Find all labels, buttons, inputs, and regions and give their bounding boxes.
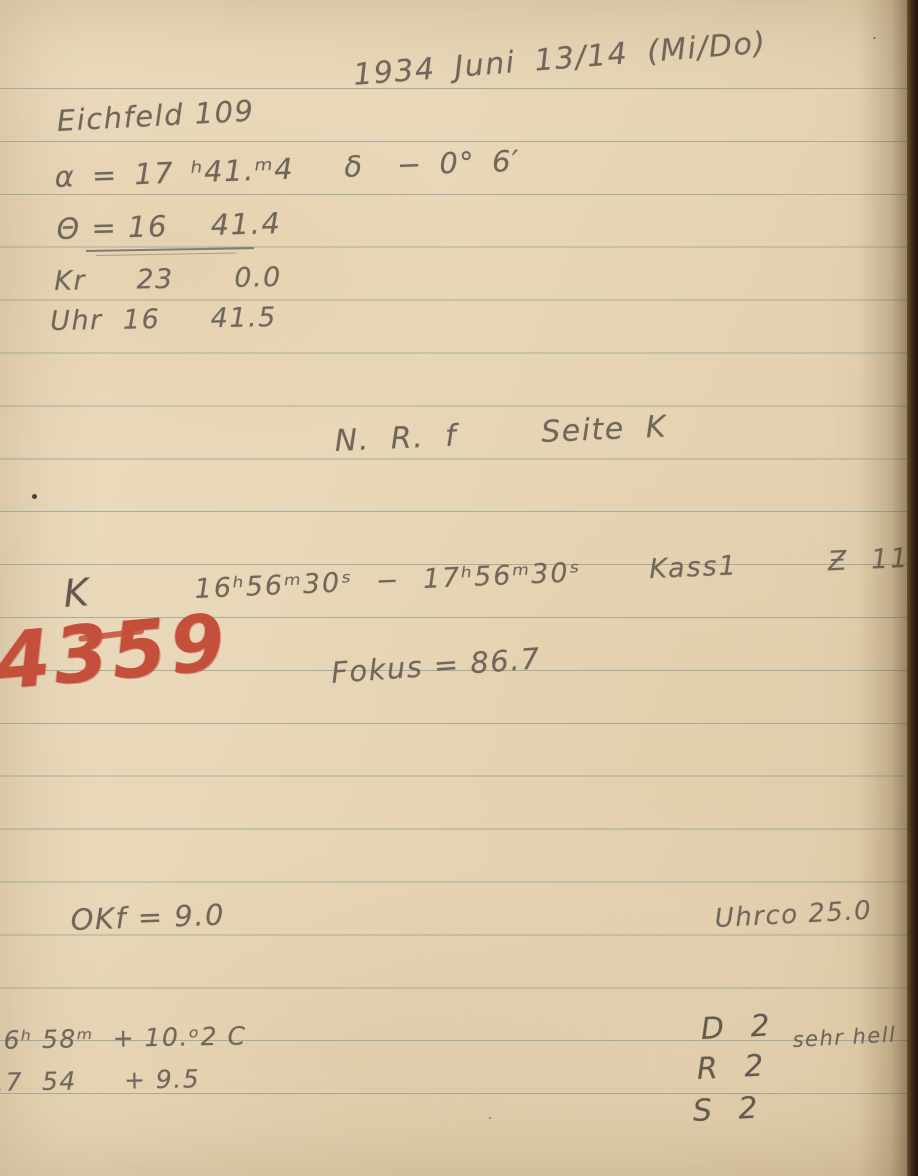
- target-uhr: Uhr 16 41.5: [50, 302, 277, 337]
- target-theta: Θ = 16 41.4: [56, 206, 282, 246]
- target-alpha-delta: α = 17 ʰ41.ᵐ4 δ − 0° 6′: [54, 144, 521, 194]
- section-title: N. R. f Seite K: [334, 410, 668, 459]
- condition-s: S 2: [692, 1091, 760, 1129]
- page-edge-shadow: [858, 0, 918, 1176]
- okf-value: OKf = 9.0: [70, 898, 226, 937]
- paper-speck: [32, 494, 37, 499]
- plate-number: 4359: [0, 598, 232, 708]
- temperature-row-1: 16ʰ 58ᵐ + 10.ᵒ2 C: [0, 1021, 247, 1055]
- temperature-row-2: 17 54 + 9.5: [0, 1064, 200, 1097]
- paper-speck: [873, 37, 876, 39]
- condition-note: sehr hell: [792, 1023, 897, 1052]
- condition-d: D 2: [700, 1008, 772, 1047]
- theta-underline-2: [96, 253, 236, 256]
- header-date: 1934 Juni 13/14 (Mi/Do): [352, 25, 768, 92]
- page-edge: [907, 0, 918, 1176]
- uhr-correction: Uhrco 25.0: [714, 896, 873, 934]
- exposure-details: 16ʰ56ᵐ30ˢ − 17ʰ56ᵐ30ˢ Kass1 Ƶ 1106 24×30: [194, 533, 918, 605]
- target-name: Eichfeld 109: [56, 94, 255, 138]
- fokus-value: Fokus = 86.7: [330, 641, 542, 690]
- condition-r: R 2: [696, 1048, 766, 1087]
- notebook-page: 1934 Juni 13/14 (Mi/Do) Eichfeld 109 α =…: [0, 0, 918, 1176]
- theta-underline: [86, 247, 254, 252]
- paper-speck: [489, 1117, 491, 1119]
- target-kr: Kr 23 0.0: [54, 262, 282, 297]
